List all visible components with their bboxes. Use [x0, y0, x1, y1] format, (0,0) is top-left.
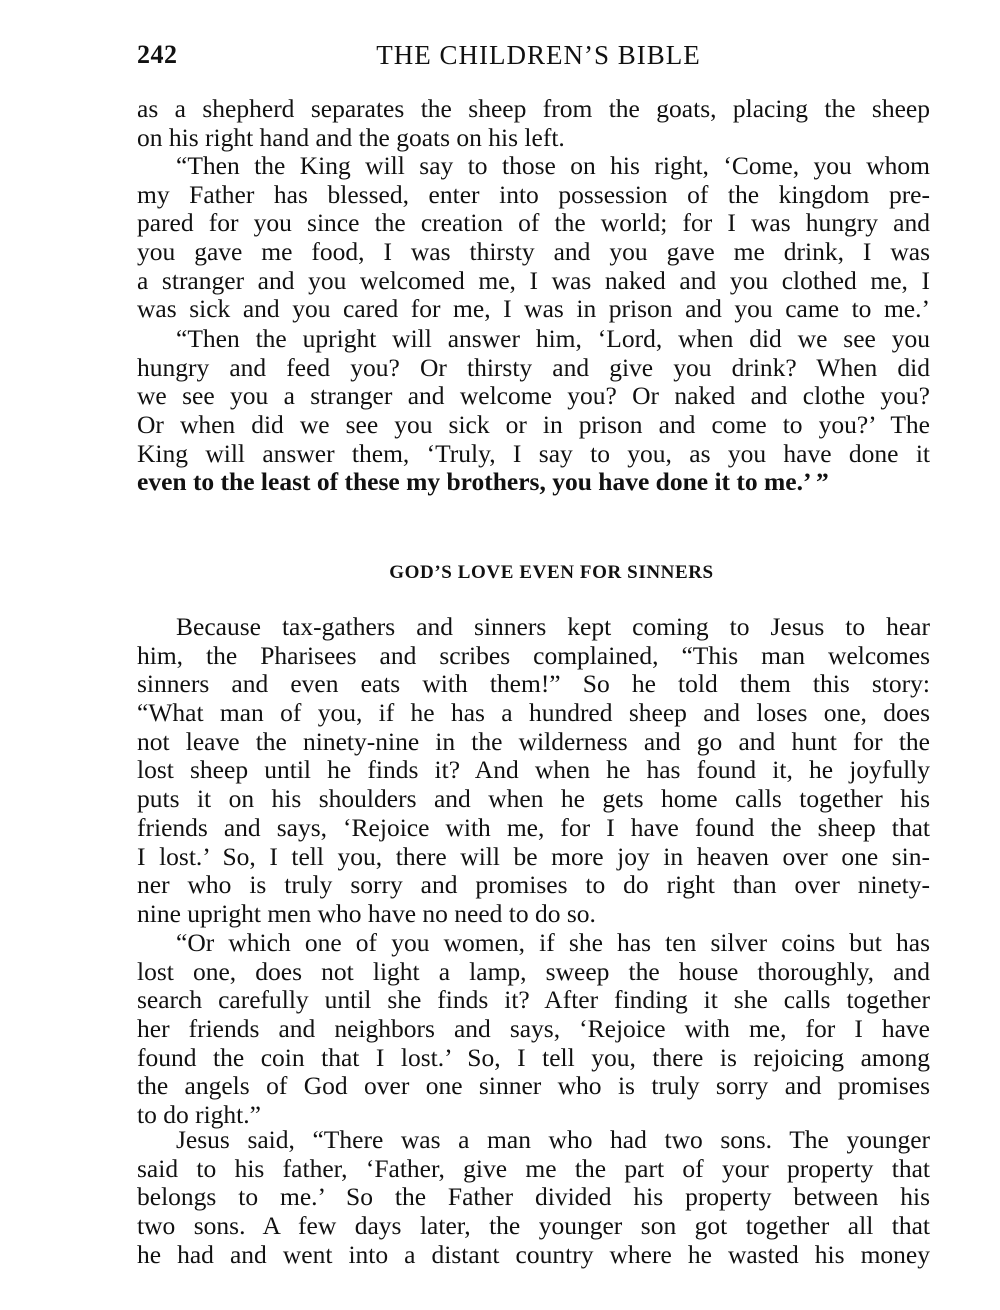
paragraph-continuation: as a shepherd separates the sheep from t…	[137, 95, 930, 152]
text-line: on his right hand and the goats on his l…	[137, 124, 930, 153]
text-line: Because tax-gathers and sinners kept com…	[137, 613, 930, 642]
text-line: he had and went into a distant country w…	[137, 1241, 930, 1270]
text-line: friends and says, ‘Rejoice with me, for …	[137, 814, 930, 843]
text-line: her friends and neighbors and says, ‘Rej…	[137, 1015, 930, 1044]
text-line: Jesus said, “There was a man who had two…	[137, 1126, 930, 1155]
text-line: a stranger and you welcomed me, I was na…	[137, 267, 930, 296]
paragraph-lost-coin: “Or which one of you women, if she has t…	[137, 929, 930, 1130]
text-line: search carefully until she finds it? Aft…	[137, 986, 930, 1015]
text-line: him, the Pharisees and scribes complaine…	[137, 642, 930, 671]
text-line: “What man of you, if he has a hundred sh…	[137, 699, 930, 728]
text-line: “Or which one of you women, if she has t…	[137, 929, 930, 958]
text-line: not leave the ninety-nine in the wildern…	[137, 728, 930, 757]
text-line: lost sheep until he finds it? And when h…	[137, 756, 930, 785]
text-line: ner who is truly sorry and promises to d…	[137, 871, 930, 900]
running-head: 242 THE CHILDREN’S BIBLE	[137, 40, 930, 76]
text-line: I lost.’ So, I tell you, there will be m…	[137, 843, 930, 872]
text-line: you gave me food, I was thirsty and you …	[137, 238, 930, 267]
paragraph-lost-sheep: Because tax-gathers and sinners kept com…	[137, 613, 930, 929]
text-line: pared for you since the creation of the …	[137, 209, 930, 238]
text-line: belongs to me.’ So the Father divided hi…	[137, 1183, 930, 1212]
text-line: my Father has blessed, enter into posses…	[137, 181, 930, 210]
text-line: “Then the King will say to those on his …	[137, 152, 930, 181]
text-line: as a shepherd separates the sheep from t…	[137, 95, 930, 124]
text-line: was sick and you cared for me, I was in …	[137, 295, 930, 324]
text-line: lost one, does not light a lamp, sweep t…	[137, 958, 930, 987]
section-heading: GOD’S LOVE EVEN FOR SINNERS	[137, 562, 948, 584]
paragraph-upright-answer: “Then the upright will answer him, ‘Lord…	[137, 325, 930, 497]
paragraph-two-sons: Jesus said, “There was a man who had two…	[137, 1126, 930, 1269]
text-line: two sons. A few days later, the younger …	[137, 1212, 930, 1241]
text-line: the angels of God over one sinner who is…	[137, 1072, 930, 1101]
text-line: puts it on his shoulders and when he get…	[137, 785, 930, 814]
text-line: King will answer them, ‘Truly, I say to …	[137, 440, 930, 469]
text-line: even to the least of these my brothers, …	[137, 468, 930, 497]
text-line: found the coin that I lost.’ So, I tell …	[137, 1044, 930, 1073]
text-line: hungry and feed you? Or thirsty and give…	[137, 354, 930, 383]
text-line: sinners and even eats with them!” So he …	[137, 670, 930, 699]
text-line: said to his father, ‘Father, give me the…	[137, 1155, 930, 1184]
text-line: we see you a stranger and welcome you? O…	[137, 382, 930, 411]
text-line: nine upright men who have no need to do …	[137, 900, 930, 929]
book-title: THE CHILDREN’S BIBLE	[137, 40, 930, 71]
text-line: “Then the upright will answer him, ‘Lord…	[137, 325, 930, 354]
book-page: 242 THE CHILDREN’S BIBLE as a shepherd s…	[0, 0, 1000, 1310]
paragraph-king-says: “Then the King will say to those on his …	[137, 152, 930, 324]
text-line: Or when did we see you sick or in prison…	[137, 411, 930, 440]
